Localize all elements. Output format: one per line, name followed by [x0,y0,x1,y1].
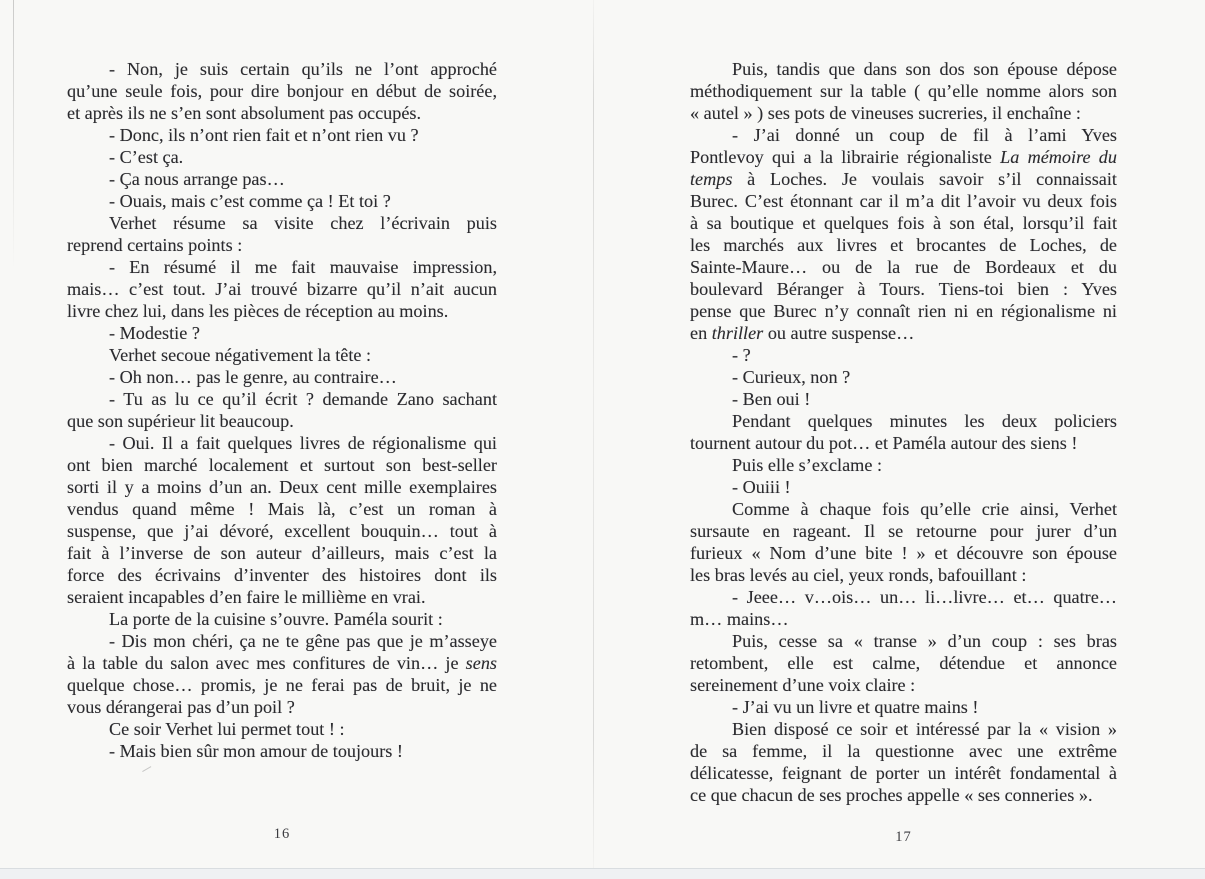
text-line: fait à l’inverse de son auteur d’ailleur… [67,542,497,564]
text-segment: - Non, je suis certain qu’ils ne l’ont a… [109,59,497,79]
text-segment: - En résumé il me fait mauvaise impressi… [109,257,497,277]
text-line: Pendant quelques minutes les deux polici… [690,410,1117,432]
text-line: sorti il y a moins d’un an. Deux cent mi… [67,476,497,498]
text-line: les bras levés au ciel, yeux ronds, bafo… [690,564,1117,586]
text-segment: seraient incapables d’en faire le milliè… [67,587,426,607]
text-line: boulevard Béranger à Tours. Tiens-toi bi… [690,278,1117,300]
text-line: quelque chose… promis, je ne ferai pas d… [67,674,497,696]
text-line: furieux « Nom d’une bite ! » et découvre… [690,542,1117,564]
text-segment: en [690,323,712,343]
text-line: « autel » ) ses pots de vineuses sucreri… [690,102,1117,124]
text-segment: à Loches. Je voulais savoir s’il connais… [732,169,1117,189]
text-segment: Comme à chaque fois qu’elle crie ainsi, … [732,499,1117,519]
scan-edge-line [13,0,14,270]
text-segment: Puis, tandis que dans son dos son épouse… [732,59,1117,79]
text-line: Verhet secoue négativement la tête : [67,344,497,366]
text-segment: livre chez lui, dans les pièces de récep… [67,301,448,321]
text-segment: m… mains… [690,609,789,629]
text-segment: force des écrivains d’inventer des histo… [67,565,497,585]
text-line: suspense, que j’ai dévoré, excellent bou… [67,520,497,542]
text-segment: - Tu as lu ce qu’il écrit ? demande Zano… [109,389,497,409]
text-segment: Bien disposé ce soir et intéressé par la… [732,719,1117,739]
text-segment: furieux « Nom d’une bite ! » et découvre… [690,543,1117,563]
text-segment: - J’ai donné un coup de fil à l’ami Yves [732,125,1117,145]
text-line: - Ça nous arrange pas… [67,168,497,190]
text-segment: pense que Burec n’y connaît rien ni en r… [690,301,1117,321]
text-segment: Verhet secoue négativement la tête : [109,345,371,365]
text-segment: reprend certains points : [67,235,242,255]
text-line: - Oui. Il a fait quelques livres de régi… [67,432,497,454]
text-segment: - Mais bien sûr mon amour de toujours ! [109,741,403,761]
text-line: - Curieux, non ? [690,366,1117,388]
text-segment: Burec. C’est étonnant car il m’a dit l’a… [690,191,1117,211]
text-segment: mais… c’est tout. J’ai trouvé bizarre qu… [67,279,497,299]
text-segment: - Oui. Il a fait quelques livres de régi… [109,433,497,453]
text-segment: Ce soir Verhet lui permet tout ! : [109,719,345,739]
text-line: de sa femme, il la questionne avec une e… [690,740,1117,762]
text-segment: quelque chose… promis, je ne ferai pas d… [67,675,497,695]
text-segment: « autel » ) ses pots de vineuses sucreri… [690,103,1081,123]
text-line: - Tu as lu ce qu’il écrit ? demande Zano… [67,388,497,410]
book-scan-spread: - Non, je suis certain qu’ils ne l’ont a… [0,0,1205,879]
text-line: - En résumé il me fait mauvaise impressi… [67,256,497,278]
text-segment: de sa femme, il la questionne avec une e… [690,741,1117,761]
text-line: à sa boutique et quelques fois à son éta… [690,212,1117,234]
text-segment: ou autre suspense… [763,323,914,343]
text-segment: - Donc, ils n’ont rien fait et n’ont rie… [109,125,419,145]
text-line: vous dérangerai pas d’un poil ? [67,696,497,718]
page-left-number: 16 [67,826,497,843]
text-line: - Non, je suis certain qu’ils ne l’ont a… [67,58,497,80]
text-segment: et après ils ne s’en sont absolument pas… [67,103,421,123]
text-line: - Ouiii ! [690,476,1117,498]
text-line: Puis, tandis que dans son dos son épouse… [690,58,1117,80]
text-line: - Modestie ? [67,322,497,344]
text-segment: - Ouiii ! [732,477,791,497]
italic-segment: La mémoire du [1000,147,1117,167]
text-segment: Puis elle s’exclame : [732,455,882,475]
text-segment: ce que chacun de ses proches appelle « s… [690,785,1093,805]
italic-segment: temps [690,169,732,189]
text-segment: Puis, cesse sa « transe » d’un coup : se… [732,631,1117,651]
text-segment: - Curieux, non ? [732,367,850,387]
text-segment: - C’est ça. [109,147,183,167]
text-segment: suspense, que j’ai dévoré, excellent bou… [67,521,497,541]
text-line: - J’ai donné un coup de fil à l’ami Yves [690,124,1117,146]
text-segment: que son supérieur lit beaucoup. [67,411,294,431]
text-line: livre chez lui, dans les pièces de récep… [67,300,497,322]
text-line: vendus quand même ! Mais là, c’est un ro… [67,498,497,520]
italic-segment: thriller [712,323,764,343]
text-segment: Pendant quelques minutes les deux polici… [732,411,1117,431]
text-line: mais… c’est tout. J’ai trouvé bizarre qu… [67,278,497,300]
text-segment: - Oh non… pas le genre, au contraire… [109,367,397,387]
text-segment: - Ouais, mais c’est comme ça ! Et toi ? [109,191,391,211]
text-segment: sursaute en rageant. Il se retourne pour… [690,521,1117,541]
text-segment: retombent, elle est calme, détendue et a… [690,653,1117,673]
text-segment: - Jeee… v…ois… un… li…livre… et… quatre… [732,587,1117,607]
text-line: reprend certains points : [67,234,497,256]
text-segment: qu’une seule fois, pour dire bonjour en … [67,81,497,101]
text-segment: - J’ai vu un livre et quatre mains ! [732,697,978,717]
text-line: seraient incapables d’en faire le milliè… [67,586,497,608]
text-line: Sainte-Maure… ou de la rue de Bordeaux e… [690,256,1117,278]
text-line: les marchés aux livres et brocantes de L… [690,234,1117,256]
text-line: Puis, cesse sa « transe » d’un coup : se… [690,630,1117,652]
text-segment: - Ça nous arrange pas… [109,169,285,189]
text-line: - Ben oui ! [690,388,1117,410]
text-segment: à sa boutique et quelques fois à son éta… [690,213,1117,233]
text-line: - Donc, ils n’ont rien fait et n’ont rie… [67,124,497,146]
text-line: en thriller ou autre suspense… [690,322,1117,344]
text-line: - Jeee… v…ois… un… li…livre… et… quatre… [690,586,1117,608]
text-line: tournent autour du pot… et Paméla autour… [690,432,1117,454]
text-segment: à la table du salon avec mes confitures … [67,653,466,673]
page-left-text: - Non, je suis certain qu’ils ne l’ont a… [67,58,497,762]
text-line: - Ouais, mais c’est comme ça ! Et toi ? [67,190,497,212]
text-line: - Mais bien sûr mon amour de toujours ! [67,740,497,762]
text-line: Pontlevoy qui a la librairie régionalist… [690,146,1117,168]
text-line: Comme à chaque fois qu’elle crie ainsi, … [690,498,1117,520]
text-segment: sereinement d’une voix claire : [690,675,915,695]
text-segment: - ? [732,345,751,365]
text-line: - C’est ça. [67,146,497,168]
page-right-text: Puis, tandis que dans son dos son épouse… [690,58,1117,806]
page-right-number: 17 [690,829,1117,846]
text-line: ce que chacun de ses proches appelle « s… [690,784,1117,806]
text-line: sursaute en rageant. Il se retourne pour… [690,520,1117,542]
text-line: Ce soir Verhet lui permet tout ! : [67,718,497,740]
text-segment: La porte de la cuisine s’ouvre. Paméla s… [109,609,443,629]
text-segment: - Ben oui ! [732,389,810,409]
text-segment: boulevard Béranger à Tours. Tiens-toi bi… [690,279,1117,299]
text-line: Bien disposé ce soir et intéressé par la… [690,718,1117,740]
scan-bottom-edge [0,868,1205,879]
text-line: délicatesse, feignant de porter un intér… [690,762,1117,784]
text-line: sereinement d’une voix claire : [690,674,1117,696]
text-segment: délicatesse, feignant de porter un intér… [690,763,1117,783]
text-line: - Dis mon chéri, ça ne te gêne pas que j… [67,630,497,652]
text-line: - ? [690,344,1117,366]
text-segment: vendus quand même ! Mais là, c’est un ro… [67,499,497,519]
text-line: temps à Loches. Je voulais savoir s’il c… [690,168,1117,190]
text-line: qu’une seule fois, pour dire bonjour en … [67,80,497,102]
text-segment: Sainte-Maure… ou de la rue de Bordeaux e… [690,257,1117,277]
text-line: ont bien marché localement et surtout so… [67,454,497,476]
text-segment: les marchés aux livres et brocantes de L… [690,235,1117,255]
text-line: et après ils ne s’en sont absolument pas… [67,102,497,124]
text-segment: - Dis mon chéri, ça ne te gêne pas que j… [109,631,497,651]
text-segment: Verhet résume sa visite chez l’écrivain … [109,213,497,233]
text-line: retombent, elle est calme, détendue et a… [690,652,1117,674]
text-line: Burec. C’est étonnant car il m’a dit l’a… [690,190,1117,212]
text-line: - Oh non… pas le genre, au contraire… [67,366,497,388]
text-segment: - Modestie ? [109,323,200,343]
text-segment: fait à l’inverse de son auteur d’ailleur… [67,543,497,563]
text-segment: vous dérangerai pas d’un poil ? [67,697,295,717]
text-line: à la table du salon avec mes confitures … [67,652,497,674]
page-gutter-line [593,0,594,868]
text-line: que son supérieur lit beaucoup. [67,410,497,432]
text-segment: les bras levés au ciel, yeux ronds, bafo… [690,565,1026,585]
text-line: méthodiquement sur la table ( qu’elle no… [690,80,1117,102]
text-line: Puis elle s’exclame : [690,454,1117,476]
text-line: m… mains… [690,608,1117,630]
text-segment: méthodiquement sur la table ( qu’elle no… [690,81,1117,101]
text-line: pense que Burec n’y connaît rien ni en r… [690,300,1117,322]
text-segment: ont bien marché localement et surtout so… [67,455,497,475]
italic-segment: sens [466,653,497,673]
text-line: Verhet résume sa visite chez l’écrivain … [67,212,497,234]
text-segment: Pontlevoy qui a la librairie régionalist… [690,147,1000,167]
text-segment: sorti il y a moins d’un an. Deux cent mi… [67,477,497,497]
text-line: La porte de la cuisine s’ouvre. Paméla s… [67,608,497,630]
text-line: force des écrivains d’inventer des histo… [67,564,497,586]
text-line: - J’ai vu un livre et quatre mains ! [690,696,1117,718]
text-segment: tournent autour du pot… et Paméla autour… [690,433,1077,453]
